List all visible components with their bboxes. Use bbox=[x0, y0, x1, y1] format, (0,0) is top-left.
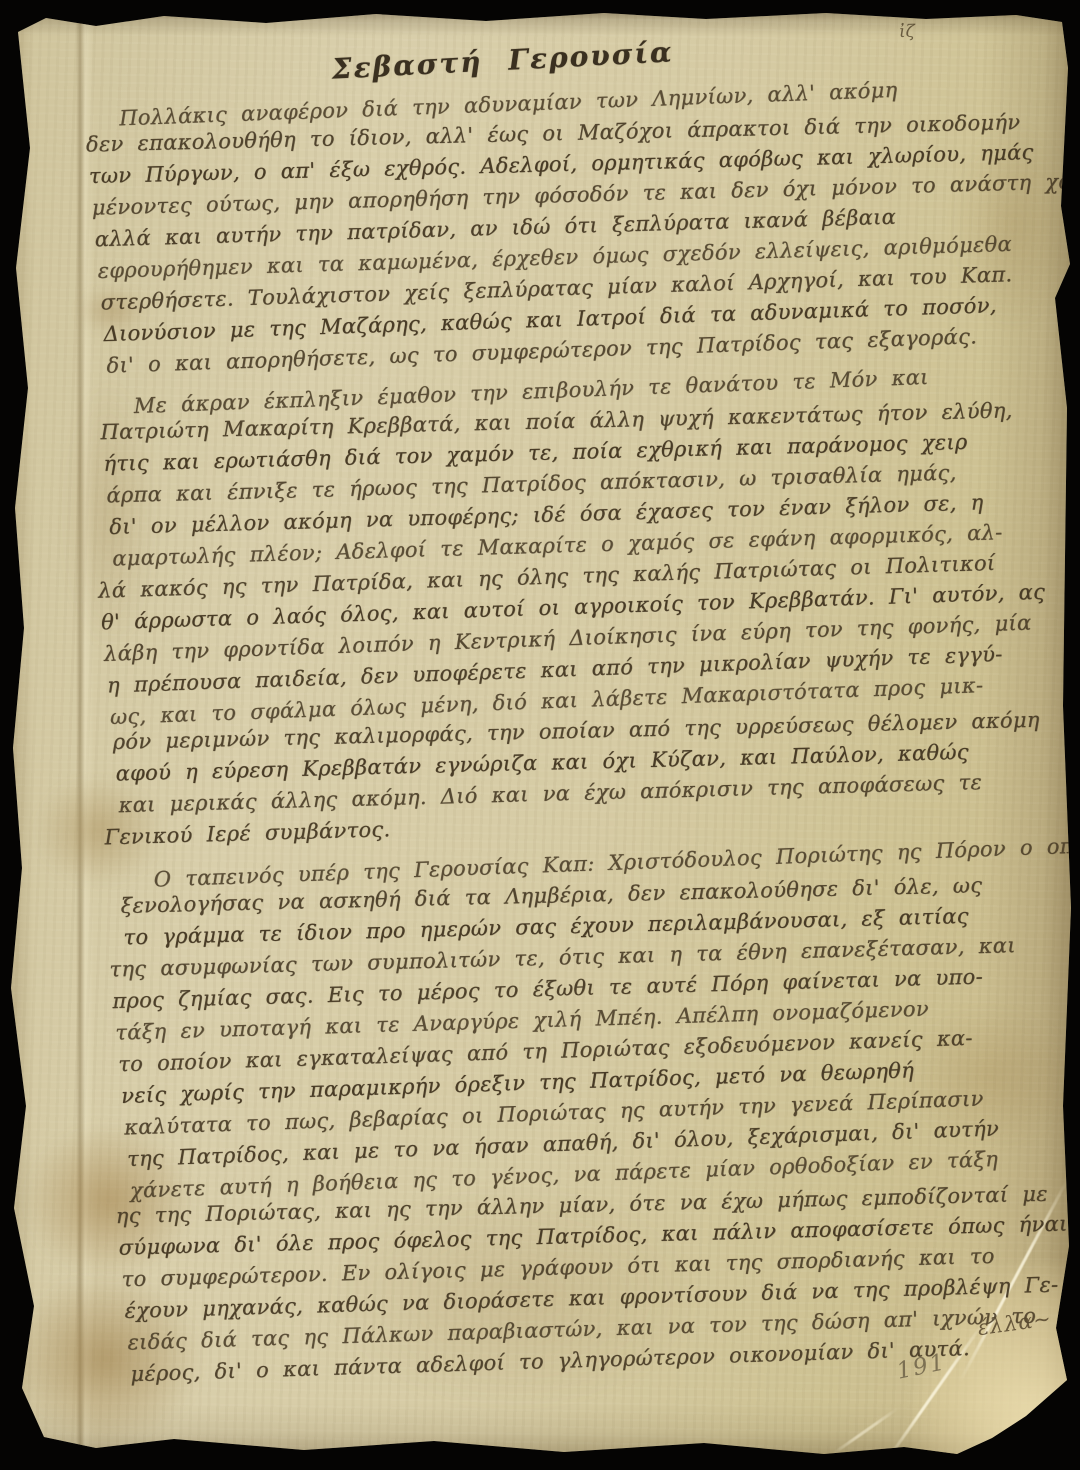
scanner-background: Σεβαστή Γερουσία ἰζ Πολλάκις αναφέρον δι… bbox=[0, 0, 1080, 1470]
manuscript-paragraph: Με άκραν έκπληξιν έμαθον την επιβουλήν τ… bbox=[99, 360, 1072, 853]
manuscript-paragraph: Ο ταπεινός υπέρ της Γερουσίας Καπ: Χριστ… bbox=[113, 834, 1080, 1389]
manuscript-page: Σεβαστή Γερουσία ἰζ Πολλάκις αναφέρον δι… bbox=[4, 6, 1076, 1458]
marginal-mark: ἰζ bbox=[899, 22, 915, 42]
manuscript-body: Πολλάκις αναφέρον διά την αδυναμίαν των … bbox=[91, 73, 1080, 1390]
manuscript-content: Σεβαστή Γερουσία ἰζ Πολλάκις αναφέρον δι… bbox=[0, 0, 1080, 1460]
manuscript-paragraph: Πολλάκις αναφέρον διά την αδυναμίαν των … bbox=[91, 73, 1059, 380]
